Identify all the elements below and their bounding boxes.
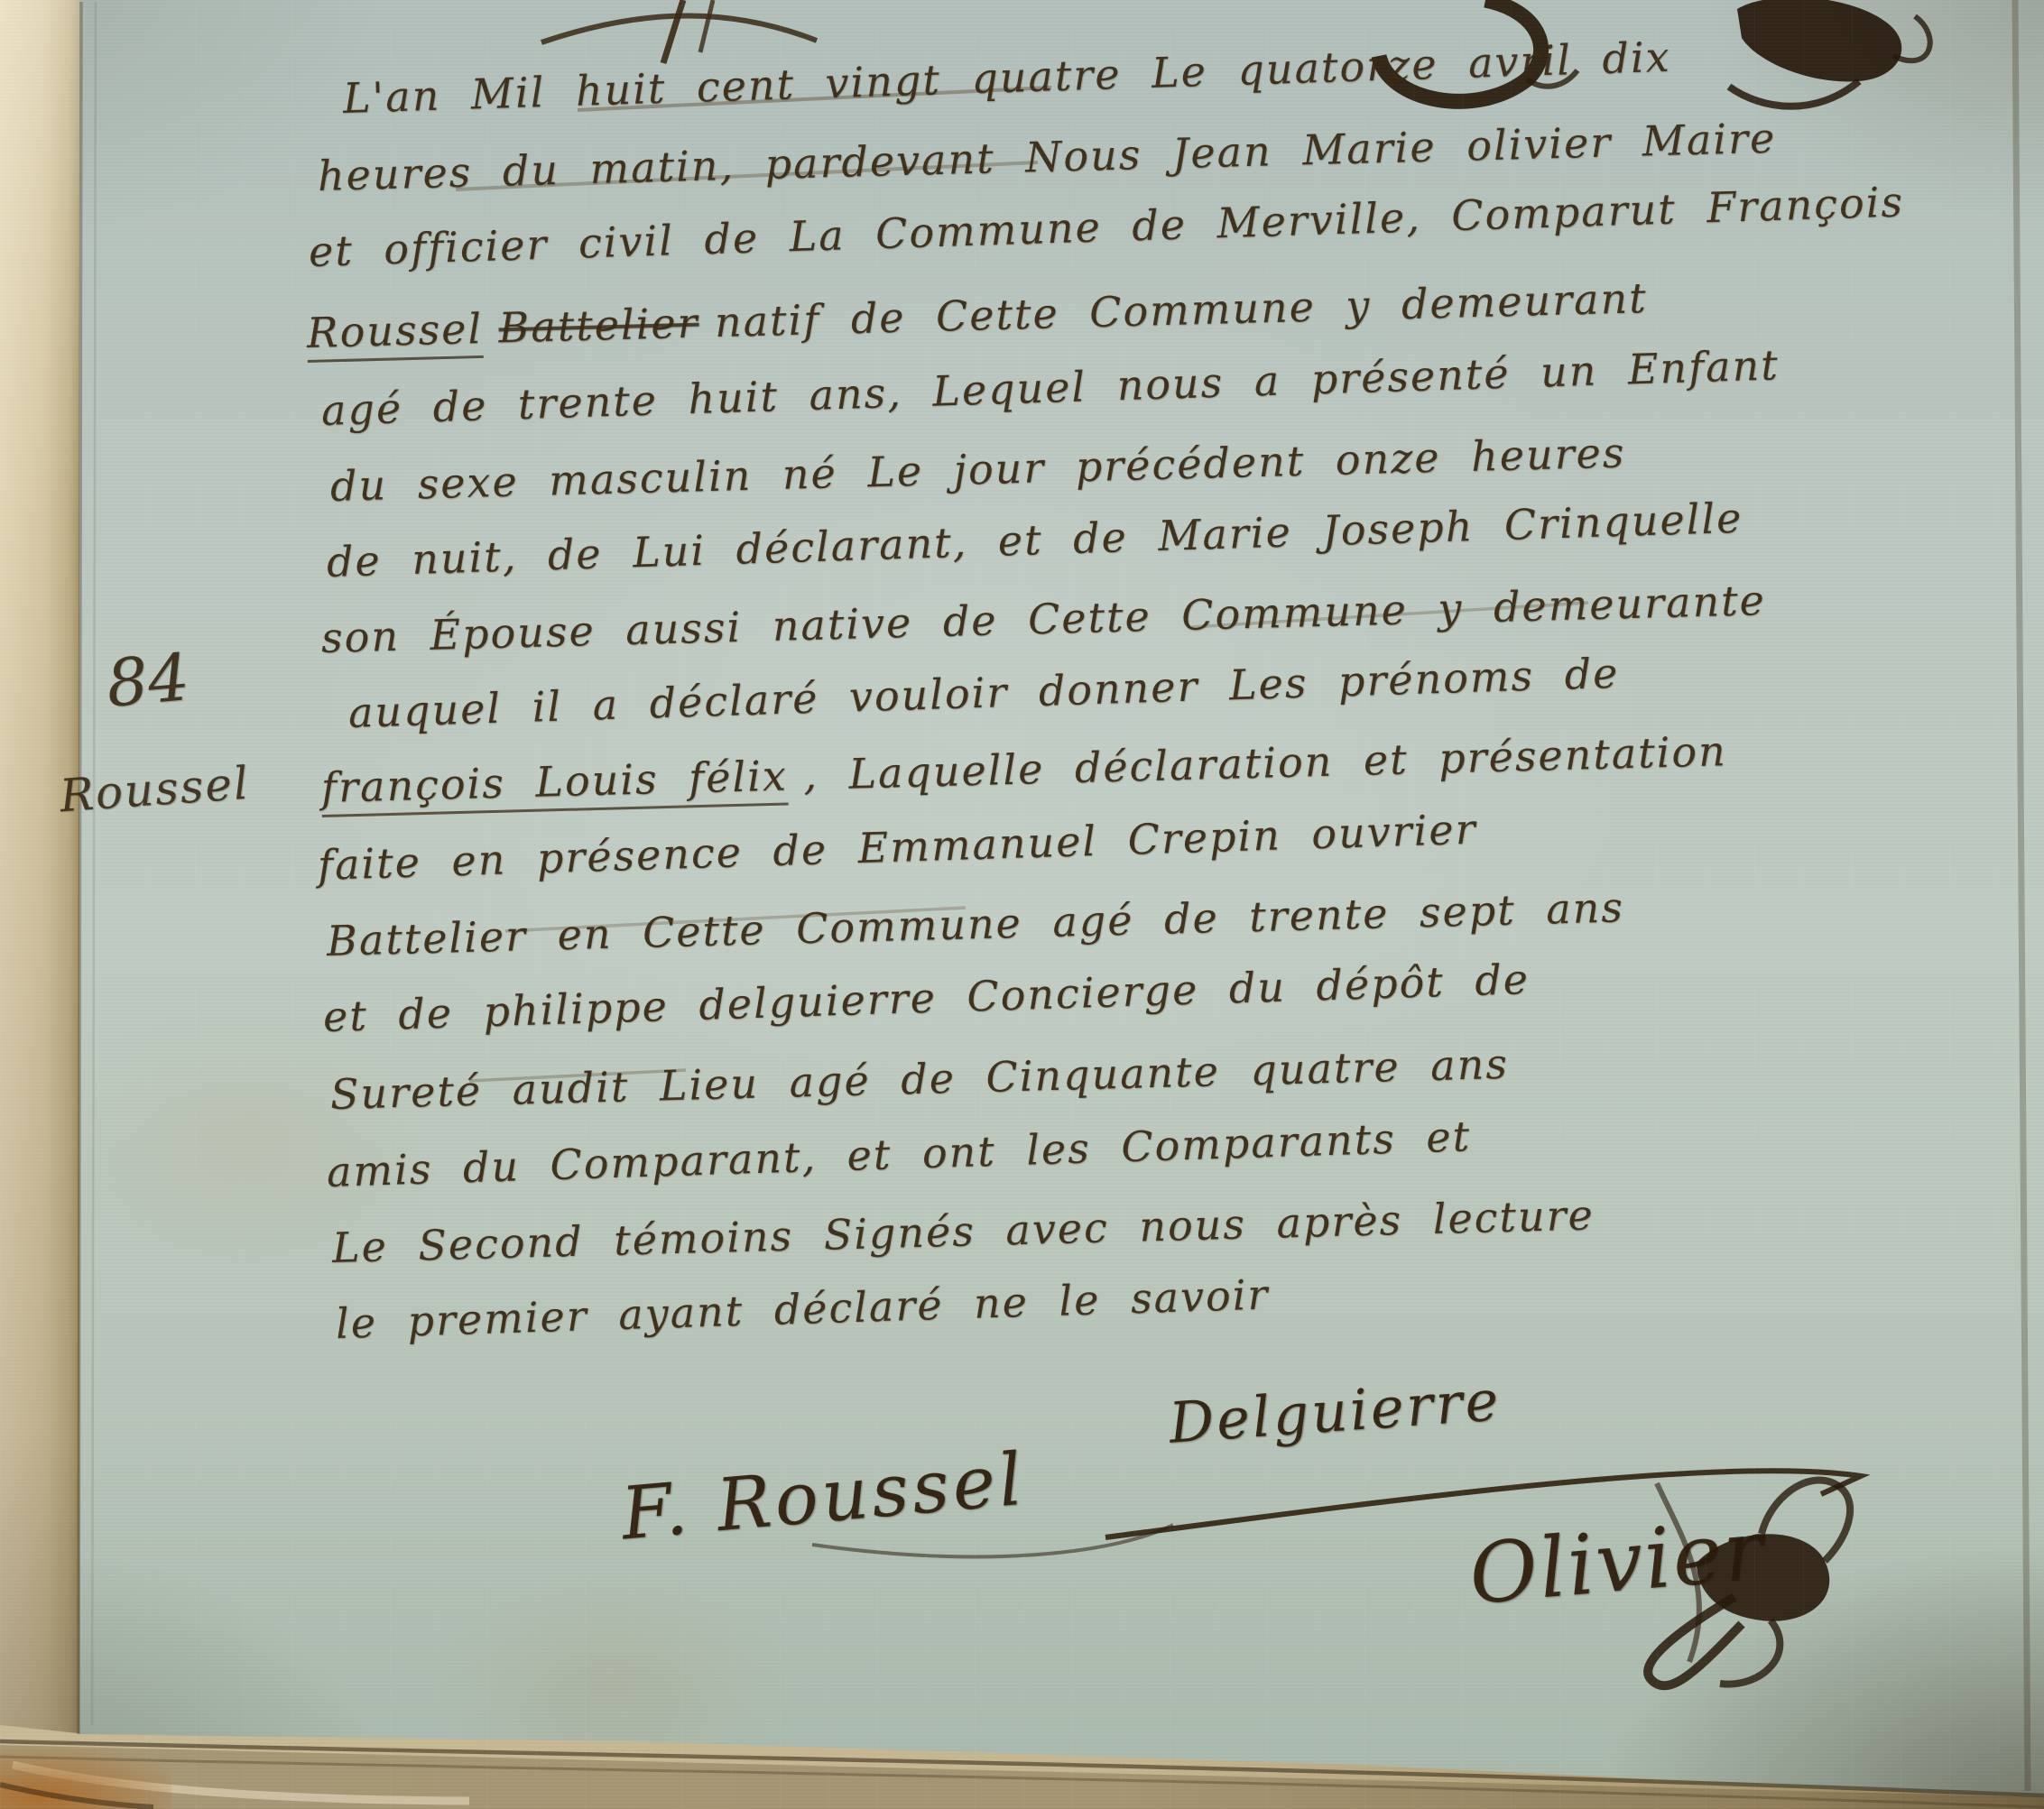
underlined-name: Roussel bbox=[306, 304, 484, 363]
bottom-left-orange-patch bbox=[0, 1749, 171, 1809]
margin-act-number: 84 bbox=[104, 639, 193, 722]
struck-word: Battelier bbox=[498, 299, 699, 353]
register-page-photo: 84 Roussel L'an Mil huit cent vingt quat… bbox=[0, 0, 2044, 1809]
book-binding-edge bbox=[0, 0, 87, 1746]
